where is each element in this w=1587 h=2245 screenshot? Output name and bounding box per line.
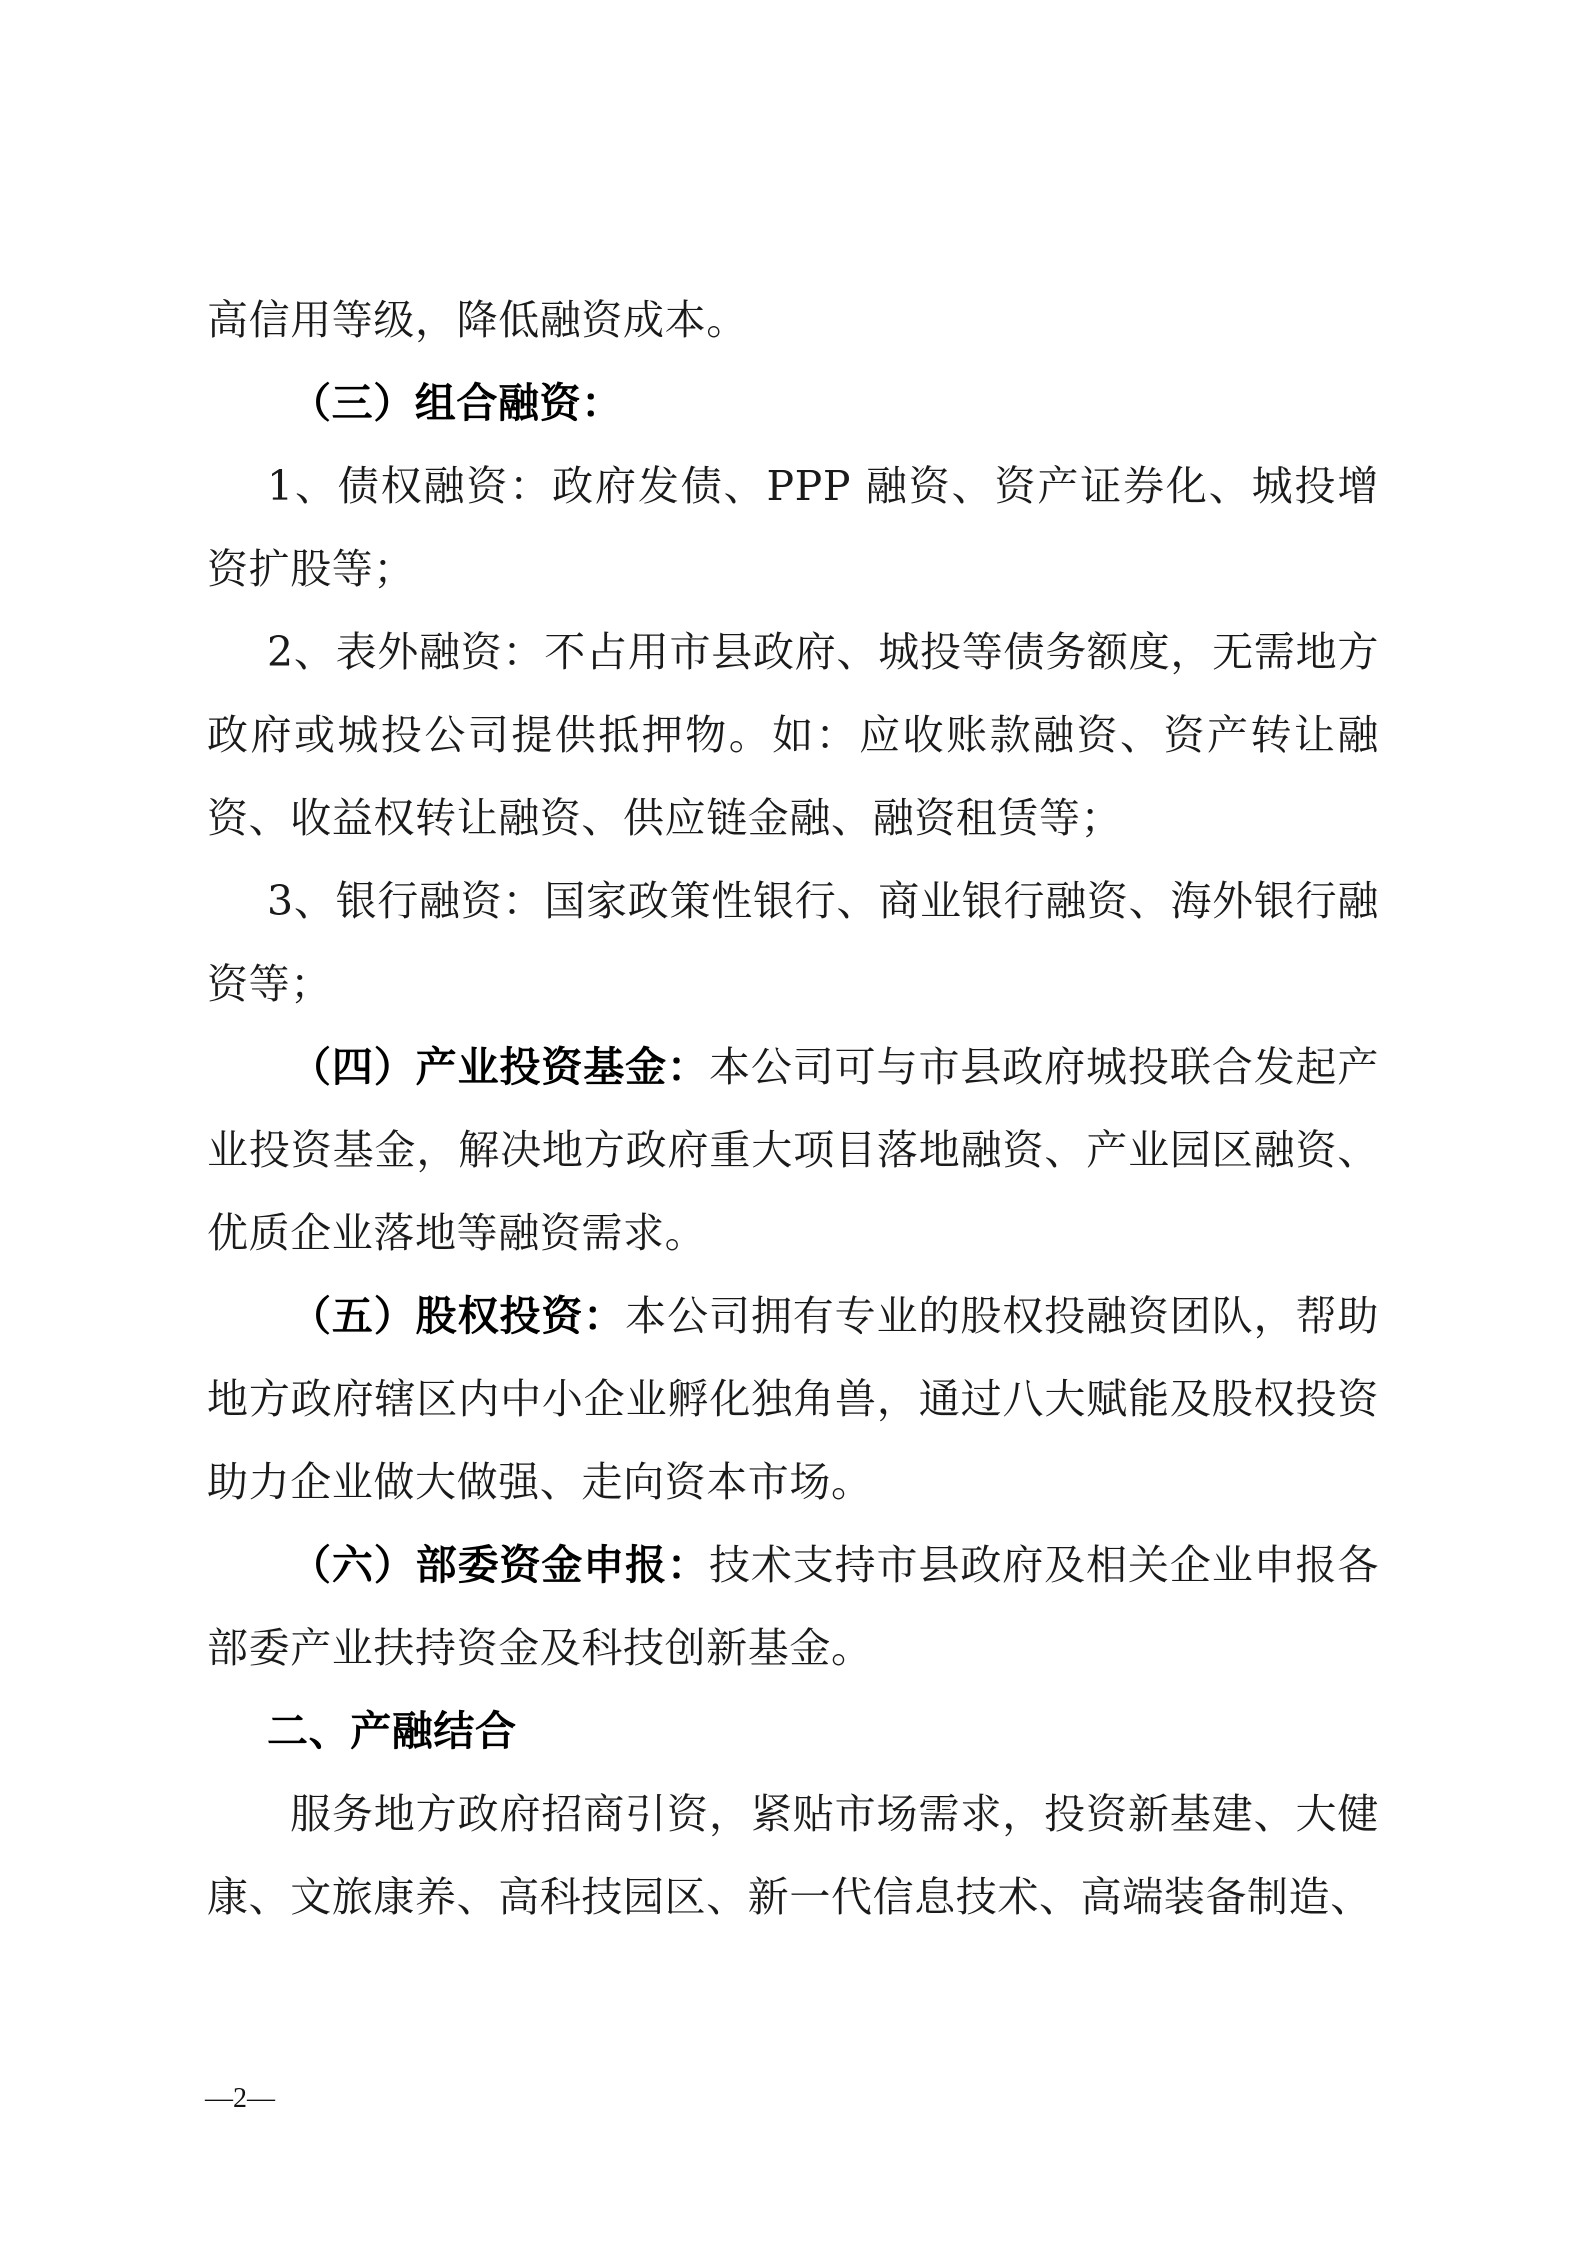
paragraph-continued: 高信用等级，降低融资成本。 (207, 279, 1379, 362)
section-heading-combined-financing: （三）组合融资： (207, 362, 1379, 445)
section-lead-equity-investment: （五）股权投资： (290, 1292, 625, 1340)
section-equity-investment: （五）股权投资：本公司拥有专业的股权投融资团队，帮助地方政府辖区内中小企业孵化独… (207, 1275, 1379, 1524)
section-industry-investment-fund: （四）产业投资基金：本公司可与市县政府城投联合发起产业投资基金，解决地方政府重大… (207, 1026, 1379, 1275)
section-lead-industry-investment-fund: （四）产业投资基金： (290, 1043, 709, 1091)
list-item-off-balance-financing: 2、表外融资：不占用市县政府、城投等债务额度，无需地方政府或城投公司提供抵押物。… (207, 611, 1379, 860)
list-item-bank-financing: 3、银行融资：国家政策性银行、商业银行融资、海外银行融资等； (207, 860, 1379, 1026)
document-page: 高信用等级，降低融资成本。 （三）组合融资： 1、债权融资：政府发债、PPP 融… (0, 0, 1587, 2245)
paragraph-industry-finance-body: 服务地方政府招商引资，紧贴市场需求，投资新基建、大健康、文旅康养、高科技园区、新… (207, 1773, 1379, 1939)
document-body: 高信用等级，降低融资成本。 （三）组合融资： 1、债权融资：政府发债、PPP 融… (207, 279, 1379, 1939)
chapter-heading-industry-finance-integration: 二、产融结合 (207, 1690, 1379, 1773)
page-number: —2— (205, 2082, 275, 2116)
section-ministry-fund-application: （六）部委资金申报：技术支持市县政府及相关企业申报各部委产业扶持资金及科技创新基… (207, 1524, 1379, 1690)
list-item-debt-financing: 1、债权融资：政府发债、PPP 融资、资产证券化、城投增资扩股等； (207, 445, 1379, 611)
section-lead-ministry-fund-application: （六）部委资金申报： (290, 1541, 709, 1589)
